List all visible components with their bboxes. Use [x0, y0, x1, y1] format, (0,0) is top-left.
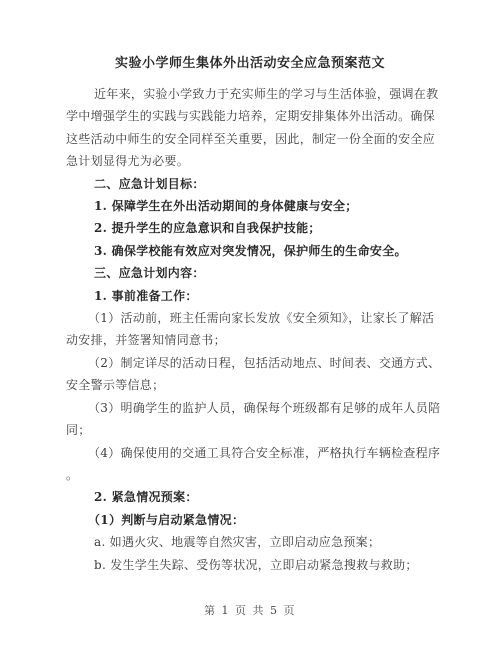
text-line: 3. 确保学校能有效应对突发情况，保护师生的生命安全。 — [66, 240, 436, 262]
text-line: 同； — [66, 419, 436, 441]
text-line: 动安排，并签署知情同意书； — [66, 329, 436, 351]
text-line: 。 — [66, 464, 436, 486]
text-line: b. 发生学生失踪、受伤等状况，立即启动紧急搜救与救助； — [66, 554, 436, 576]
text-line: （2）制定详尽的活动日程，包括活动地点、时间表、交通方式、 — [66, 352, 436, 374]
text-line: 二、应急计划目标： — [66, 173, 436, 195]
text-line: 1. 事前准备工作： — [66, 285, 436, 307]
text-line: 三、应急计划内容： — [66, 262, 436, 284]
document-body: 近年来，实验小学致力于充实师生的学习与生活体验，强调在教学中增强学生的实践与实践… — [0, 83, 500, 576]
text-line: （1）判断与启动紧急情况： — [66, 509, 436, 531]
text-line: a. 如遇火灾、地震等自然灾害，立即启动应急预案； — [66, 531, 436, 553]
text-line: （4）确保使用的交通工具符合安全标准，严格执行车辆检查程序 — [66, 442, 436, 464]
text-line: （3）明确学生的监护人员，确保每个班级都有足够的成年人员陪 — [66, 397, 436, 419]
page-footer: 第 1 页 共 5 页 — [0, 602, 500, 618]
text-line: 安全警示等信息； — [66, 374, 436, 396]
document-title: 实验小学师生集体外出活动安全应急预案范文 — [0, 0, 500, 75]
document-page: 实验小学师生集体外出活动安全应急预案范文 近年来，实验小学致力于充实师生的学习与… — [0, 0, 500, 647]
text-line: 学中增强学生的实践与实践能力培养，定期安排集体外出活动。确保 — [66, 105, 436, 127]
text-line: （1）活动前，班主任需向家长发放《安全须知》，让家长了解活 — [66, 307, 436, 329]
text-line: 这些活动中师生的安全同样至关重要，因此，制定一份全面的安全应 — [66, 128, 436, 150]
text-line: 1. 保障学生在外出活动期间的身体健康与安全； — [66, 195, 436, 217]
text-line: 2. 紧急情况预案： — [66, 486, 436, 508]
text-line: 急计划显得尤为必要。 — [66, 150, 436, 172]
text-line: 2. 提升学生的应急意识和自我保护技能； — [66, 217, 436, 239]
text-line: 近年来，实验小学致力于充实师生的学习与生活体验，强调在教 — [66, 83, 436, 105]
